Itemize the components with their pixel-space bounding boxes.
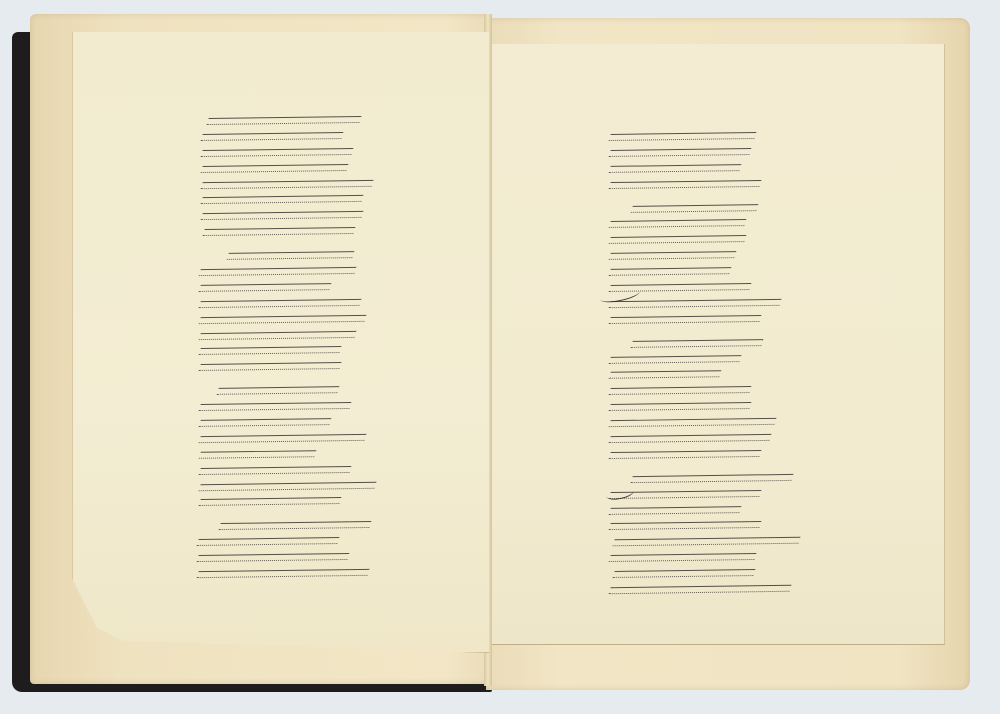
verse-line [610, 279, 840, 295]
verse-line [610, 486, 840, 502]
verse-line [188, 176, 418, 192]
handwriting-stroke [609, 132, 757, 141]
verse-line [188, 517, 418, 533]
verse-line [610, 176, 840, 192]
manuscript-photo [0, 0, 1000, 714]
handwriting-stroke [217, 386, 340, 395]
left-page-handwriting [188, 112, 418, 581]
verse-line [610, 470, 840, 486]
verse-line [188, 279, 418, 295]
handwriting-stroke [219, 521, 372, 530]
verse-line [188, 342, 418, 358]
handwriting-stroke [197, 569, 370, 578]
verse-line [610, 295, 840, 311]
handwriting-stroke [609, 418, 777, 427]
verse-line [188, 462, 418, 478]
handwriting-stroke [613, 537, 801, 547]
verse-line [188, 327, 418, 343]
handwriting-stroke [227, 251, 355, 260]
verse-line [610, 581, 840, 597]
handwriting-stroke [631, 339, 764, 348]
verse-line [188, 263, 418, 279]
verse-line [188, 191, 418, 207]
handwriting-stroke [199, 434, 367, 443]
verse-line [610, 200, 840, 216]
handwriting-stroke [609, 521, 762, 530]
handwriting-stroke [609, 299, 782, 308]
handwriting-stroke [207, 116, 362, 125]
verse-line [188, 311, 418, 327]
handwriting-stroke [197, 537, 340, 546]
verse-line [188, 478, 418, 494]
verse-line [610, 128, 840, 144]
verse-line [610, 446, 840, 462]
verse-line [610, 231, 840, 247]
handwriting-stroke [197, 553, 350, 562]
handwriting-stroke [609, 450, 762, 459]
verse-line [610, 335, 840, 351]
handwriting-stroke [199, 362, 342, 371]
verse-line [188, 223, 418, 239]
verse-line [610, 160, 840, 176]
handwriting-stroke [201, 179, 374, 188]
handwriting-stroke [201, 164, 349, 173]
handwriting-stroke [609, 180, 762, 189]
verse-line [188, 128, 418, 144]
handwriting-stroke [609, 355, 742, 364]
verse-line [610, 414, 840, 430]
verse-line [188, 565, 418, 581]
verse-line [610, 215, 840, 231]
verse-line [610, 263, 840, 279]
verse-line [610, 247, 840, 263]
right-page-handwriting [610, 128, 840, 597]
verse-line [610, 502, 840, 518]
handwriting-stroke [199, 299, 362, 308]
handwriting-stroke [613, 569, 756, 578]
verse-line [188, 398, 418, 414]
handwriting-stroke [609, 585, 792, 595]
verse-line [188, 549, 418, 565]
handwriting-stroke [199, 450, 317, 459]
verse-line [610, 517, 840, 533]
verse-line [610, 565, 840, 581]
verse-line [188, 382, 418, 398]
handwriting-stroke [199, 418, 332, 427]
handwriting-stroke [609, 220, 747, 229]
handwriting-stroke [201, 148, 354, 157]
handwriting-stroke [199, 283, 332, 292]
handwriting-stroke [201, 132, 344, 141]
handwriting-stroke [199, 330, 357, 339]
handwriting-stroke [199, 402, 352, 411]
handwriting-stroke [199, 481, 377, 490]
verse-line [610, 382, 840, 398]
handwriting-stroke [609, 506, 742, 515]
verse-line [188, 446, 418, 462]
handwriting-stroke [609, 164, 742, 173]
handwriting-stroke [201, 195, 364, 204]
handwriting-stroke [199, 498, 342, 507]
verse-line [188, 358, 418, 374]
verse-line [188, 207, 418, 223]
handwriting-stroke [609, 402, 752, 411]
verse-line [610, 549, 840, 565]
handwriting-stroke [609, 251, 737, 260]
verse-line [610, 144, 840, 160]
handwriting-stroke [199, 267, 357, 276]
verse-line [188, 144, 418, 160]
handwriting-stroke [609, 371, 722, 380]
handwriting-stroke [199, 466, 352, 475]
handwriting-stroke [609, 386, 752, 395]
handwriting-stroke [609, 553, 757, 562]
handwriting-stroke [203, 227, 356, 236]
handwriting-stroke [199, 346, 342, 355]
verse-line [610, 366, 840, 382]
handwriting-stroke [631, 474, 794, 483]
verse-line [188, 493, 418, 509]
verse-line [610, 311, 840, 327]
verse-line [188, 533, 418, 549]
verse-line [610, 398, 840, 414]
verse-line [610, 430, 840, 446]
handwriting-stroke [609, 315, 762, 324]
handwriting-stroke [609, 235, 747, 244]
verse-line [188, 160, 418, 176]
verse-line [188, 295, 418, 311]
handwriting-stroke [609, 148, 752, 157]
handwriting-stroke [201, 211, 364, 220]
verse-line [188, 430, 418, 446]
handwriting-stroke [609, 434, 772, 443]
stanza-gap [188, 239, 418, 247]
verse-line [188, 112, 418, 128]
handwriting-stroke [631, 204, 759, 213]
verse-line [188, 414, 418, 430]
handwriting-stroke [199, 315, 367, 324]
handwriting-stroke [609, 267, 732, 276]
verse-line [610, 533, 840, 549]
verse-line [610, 351, 840, 367]
verse-line [188, 247, 418, 263]
